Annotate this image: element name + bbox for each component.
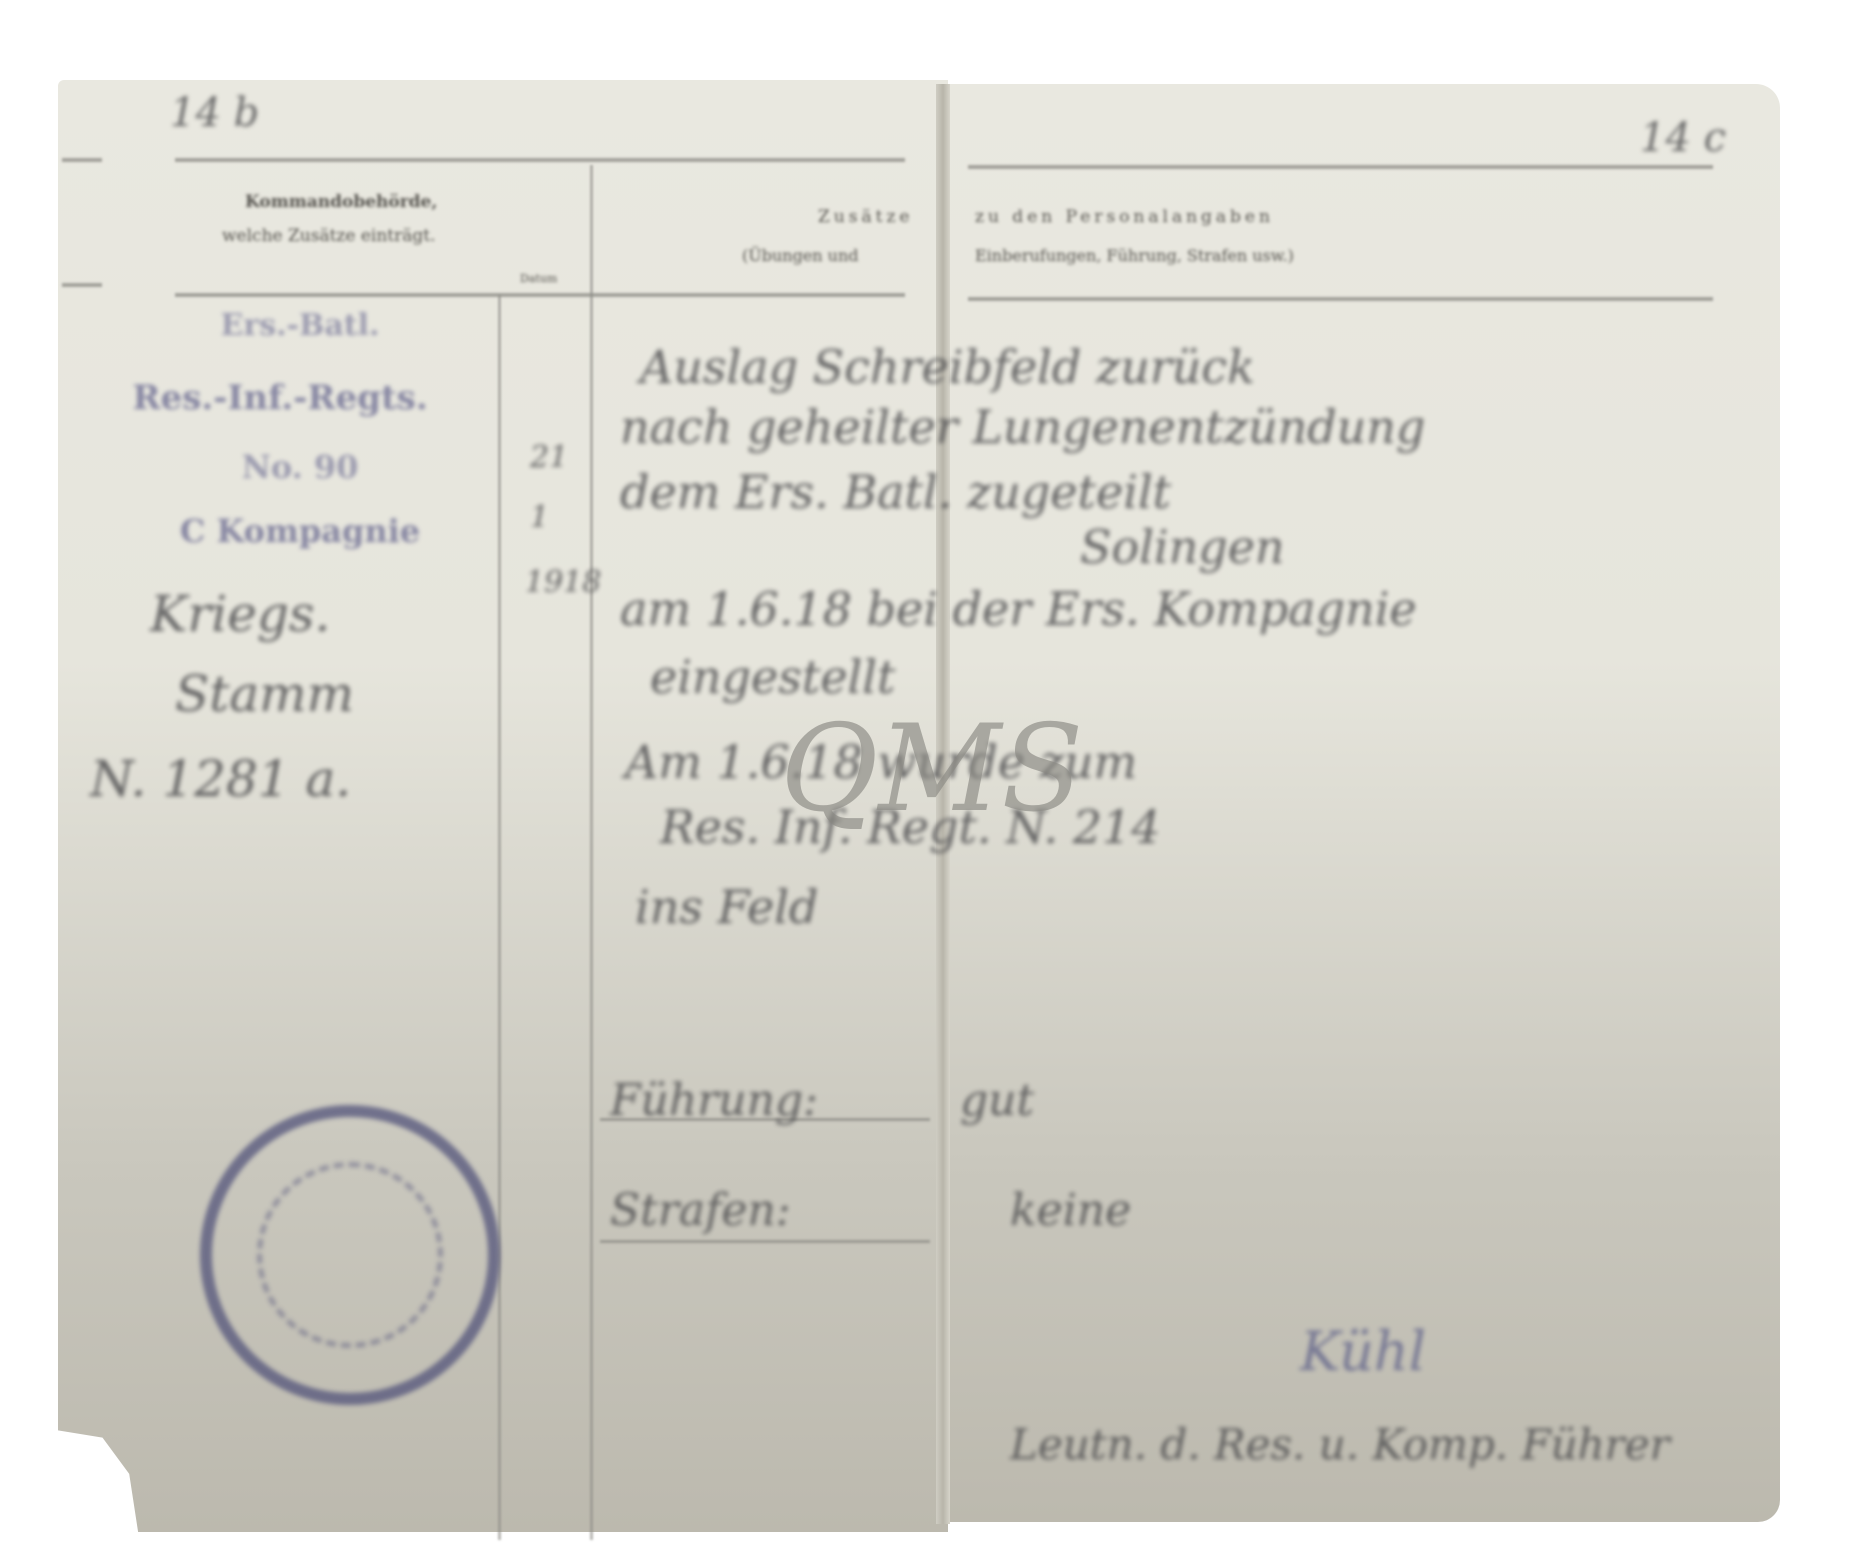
header-datum: Datum	[520, 272, 557, 285]
entry-line-5: am 1.6.18 bei der Ers. Kompagnie	[620, 582, 1417, 636]
left-header-top-rule	[175, 158, 905, 162]
official-seal	[200, 1105, 500, 1405]
stamp-line-4: C Kompagnie	[120, 512, 480, 550]
seal-eagle-emblem	[257, 1162, 443, 1348]
header-zusaetze: Zusätze	[818, 207, 913, 227]
handwriting-kriegs: Kriegs.	[150, 585, 330, 643]
date-day: 21	[530, 440, 568, 475]
signature-title: Leutn. d. Res. u. Komp. Führer	[1010, 1420, 1670, 1469]
left-header-bottom-rule	[175, 293, 905, 297]
entry-line-9: ins Feld	[635, 880, 818, 934]
handwriting-stamm: Stamm	[175, 665, 354, 723]
stamp-line-2: Res.-Inf.-Regts.	[70, 378, 490, 418]
entry-line-1: Auslag Schreibfeld zurück	[640, 340, 1255, 394]
date-month: 1	[530, 500, 549, 535]
right-page-number: 14 c	[1640, 115, 1726, 161]
header-kommandobehoerde: Kommandobehörde,	[245, 192, 437, 212]
left-datum-divider	[498, 295, 501, 1540]
strafen-rule	[600, 1240, 930, 1243]
header-einberufungen: Einberufungen, Führung, Strafen usw.)	[975, 246, 1294, 265]
date-year: 1918	[525, 565, 601, 600]
watermark: QMS	[780, 700, 1083, 839]
fuehrung-label: Führung:	[610, 1075, 818, 1126]
entry-line-3: dem Ers. Batl. zugeteilt	[620, 465, 1171, 519]
right-header-top-rule	[968, 165, 1713, 169]
left-page-number: 14 b	[170, 90, 259, 136]
handwriting-nr: N. 1281 a.	[90, 750, 351, 808]
left-margin-rule-2	[62, 283, 102, 287]
header-welche-zusaetze: welche Zusätze einträgt.	[222, 226, 436, 246]
strafen-label: Strafen:	[610, 1185, 791, 1236]
right-header-bottom-rule	[968, 297, 1713, 301]
entry-line-4: Solingen	[1080, 520, 1285, 574]
signature: Kühl	[1300, 1320, 1426, 1383]
strafen-value: keine	[1010, 1185, 1131, 1236]
stamp-line-3: No. 90	[150, 448, 450, 486]
entry-line-6: eingestellt	[650, 650, 895, 704]
entry-line-2: nach geheilter Lungenentzündung	[620, 400, 1425, 454]
fuehrung-value: gut	[960, 1075, 1034, 1126]
left-margin-rule	[62, 158, 102, 162]
header-personalangaben: zu den Personalangaben	[975, 207, 1274, 227]
stamp-line-1: Ers.-Batl.	[150, 308, 450, 343]
header-uebungen: (Übungen und	[742, 246, 859, 265]
left-main-divider	[590, 165, 593, 1540]
